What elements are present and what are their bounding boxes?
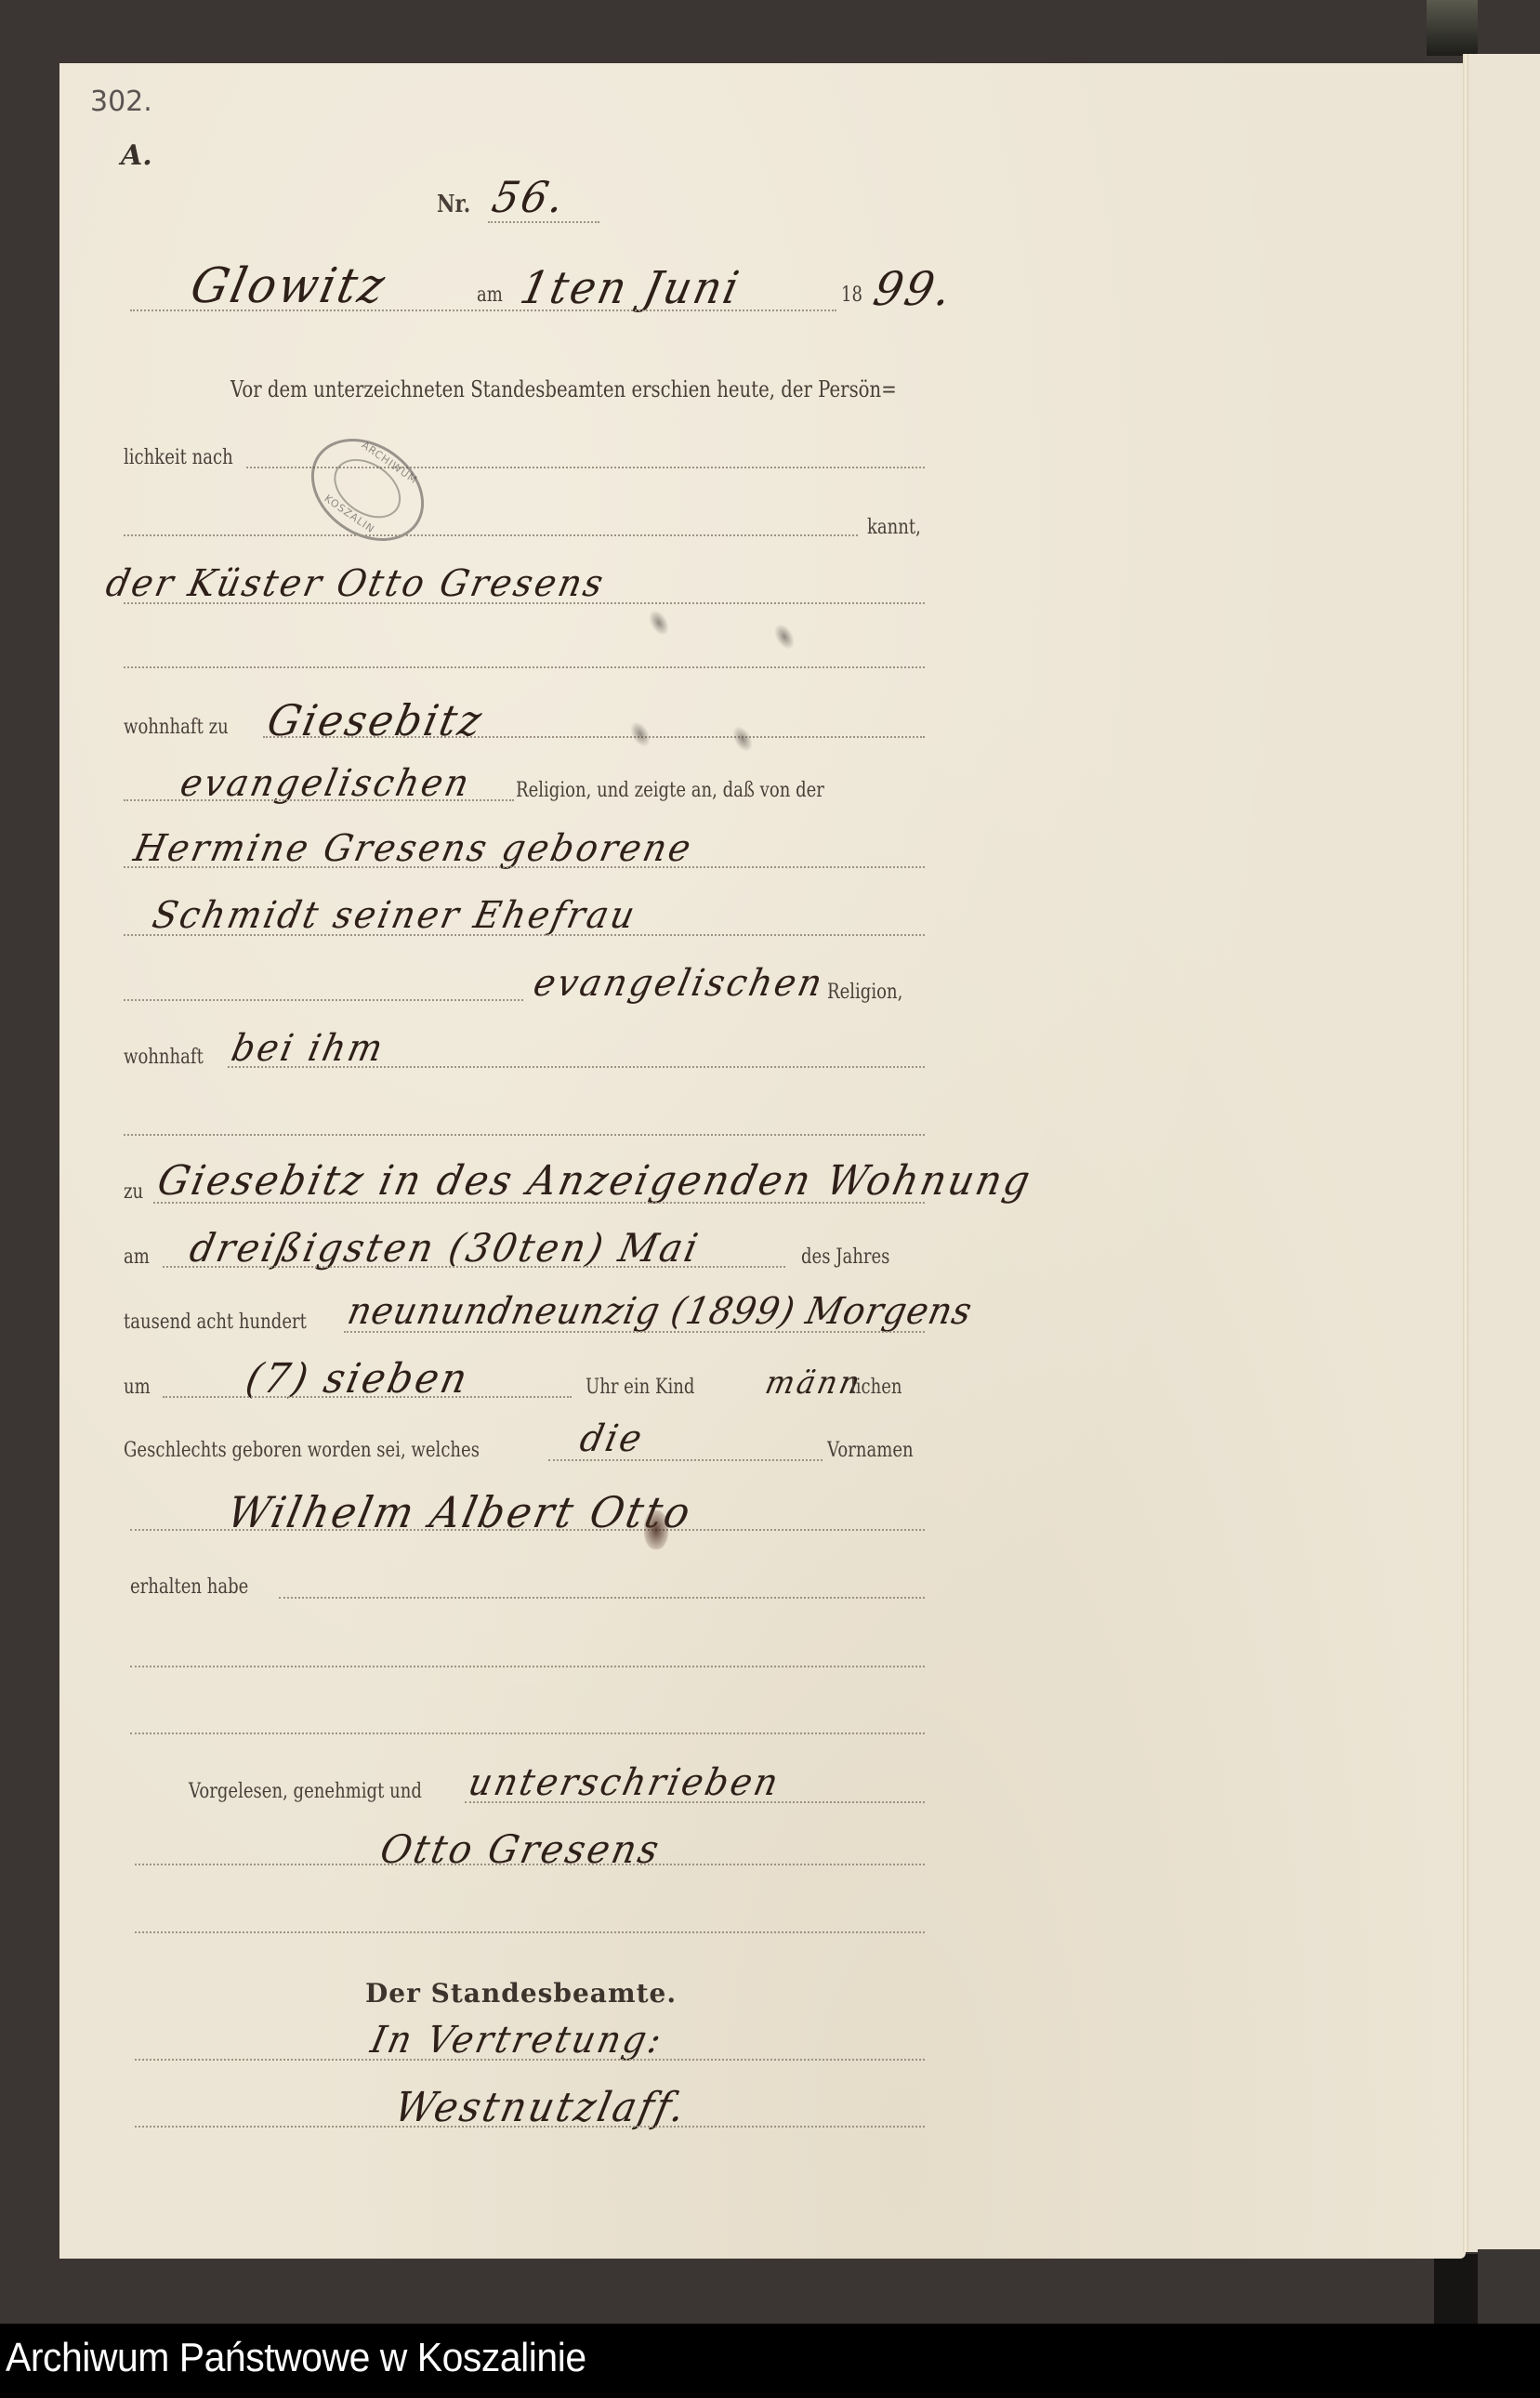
registrar-line-2 <box>135 2126 925 2128</box>
registrar-title: Der Standesbeamte. <box>365 1978 677 2009</box>
register-mark: A. <box>121 139 152 172</box>
page-fold <box>1463 54 1468 2252</box>
article-handwritten: die <box>576 1417 648 1460</box>
mother-line-2 <box>124 934 925 936</box>
approval-handwritten: unterschrieben <box>465 1761 784 1804</box>
registrar-signature: Westnutzlaff. <box>390 2084 691 2131</box>
received-label: erhalten habe <box>130 1575 248 1599</box>
approval-label: Vorgelesen, genehmigt und <box>189 1780 422 1803</box>
mother-maiden-handwritten: Schmidt seiner Ehefrau <box>149 894 641 937</box>
birthtime-uhr-label: Uhr ein Kind <box>586 1376 694 1399</box>
number-value: 56. <box>488 172 572 222</box>
approval-line <box>465 1801 925 1803</box>
stamp-inner-ring <box>322 447 412 531</box>
gutter-shadow <box>1434 2254 1479 2324</box>
mother-name-handwritten: Hermine Gresens geborene <box>130 827 697 870</box>
mother-religion-label: Religion, <box>827 981 902 1004</box>
blank-line <box>135 1931 925 1933</box>
adjacent-page <box>1466 54 1540 2252</box>
birthdate-year-label: des Jahres <box>801 1245 889 1269</box>
date-line <box>130 310 836 311</box>
religion-statement: Religion, und zeigte an, daß von der <box>516 779 824 802</box>
residence-label: wohnhaft zu <box>124 716 229 739</box>
blank-line <box>130 1666 925 1667</box>
archive-footer-bar: Archiwum Państwowe w Koszalinie <box>0 2324 1540 2398</box>
birthplace-handwritten: Giesebitz in des Anzeigenden Wohnung <box>153 1157 1036 1205</box>
known-label: kannt, <box>867 516 921 539</box>
birthyear-line <box>344 1331 925 1333</box>
mother-residence-line <box>228 1066 925 1068</box>
blank-line <box>124 1134 925 1136</box>
article-line <box>548 1459 823 1461</box>
birthdate-line <box>163 1266 785 1268</box>
birthyear-handwritten: neunundneunzig (1899) Morgens <box>344 1290 976 1333</box>
birthtime-um-label: um <box>124 1376 151 1399</box>
number-label: Nr. <box>437 191 470 218</box>
given-names-label: Vornamen <box>827 1439 914 1462</box>
pencil-folio-number: 302. <box>90 86 152 118</box>
mother-line-1 <box>124 866 925 868</box>
received-line <box>279 1597 925 1599</box>
known-line <box>124 534 858 536</box>
ink-blot <box>644 1510 668 1549</box>
intro-text: Vor dem unterzeichneten Standesbeamten e… <box>230 376 897 402</box>
date-day-handwritten: 1ten Juni <box>516 262 745 314</box>
mother-religion-line <box>124 999 523 1001</box>
date-am-label: am <box>477 283 503 307</box>
child-names-line <box>130 1529 925 1531</box>
mother-residence-label: wohnhaft <box>124 1046 204 1069</box>
birthplace-label: zu <box>124 1180 143 1204</box>
informant-handwritten: der Küster Otto Gresens <box>102 562 610 605</box>
identity-label: lichkeit nach <box>124 446 233 469</box>
residence-line <box>263 736 925 738</box>
blank-line <box>124 666 925 668</box>
religion-line <box>124 799 514 801</box>
birthdate-handwritten: dreißigsten (30ten) Mai <box>186 1225 704 1271</box>
place-handwritten: Glowitz <box>186 258 392 314</box>
archive-name: Archiwum Państwowe w Koszalinie <box>6 2335 586 2381</box>
registrar-line-1 <box>135 2059 925 2061</box>
number-line <box>488 221 599 223</box>
birthplace-line <box>153 1202 925 1204</box>
signature-line <box>135 1864 925 1865</box>
mother-residence-handwritten: bei ihm <box>228 1027 388 1070</box>
gender-statement: Geschlechts geboren worden sei, welches <box>124 1439 480 1462</box>
cover-board <box>1478 2249 1540 2324</box>
blank-line <box>130 1733 925 1734</box>
mother-religion-handwritten: evangelischen <box>530 962 828 1005</box>
registrar-deputy-note: In Vertretung: <box>367 2019 667 2062</box>
birthtime-line <box>163 1396 572 1398</box>
year-suffix-handwritten: 99. <box>869 262 958 316</box>
birthdate-am-label: am <box>124 1245 150 1269</box>
sex-suffix-label: lichen <box>850 1376 902 1399</box>
year-prefix: 18 <box>841 283 862 307</box>
informant-line <box>124 602 925 604</box>
book-spine <box>1427 0 1478 56</box>
birthyear-label: tausend acht hundert <box>124 1311 307 1334</box>
